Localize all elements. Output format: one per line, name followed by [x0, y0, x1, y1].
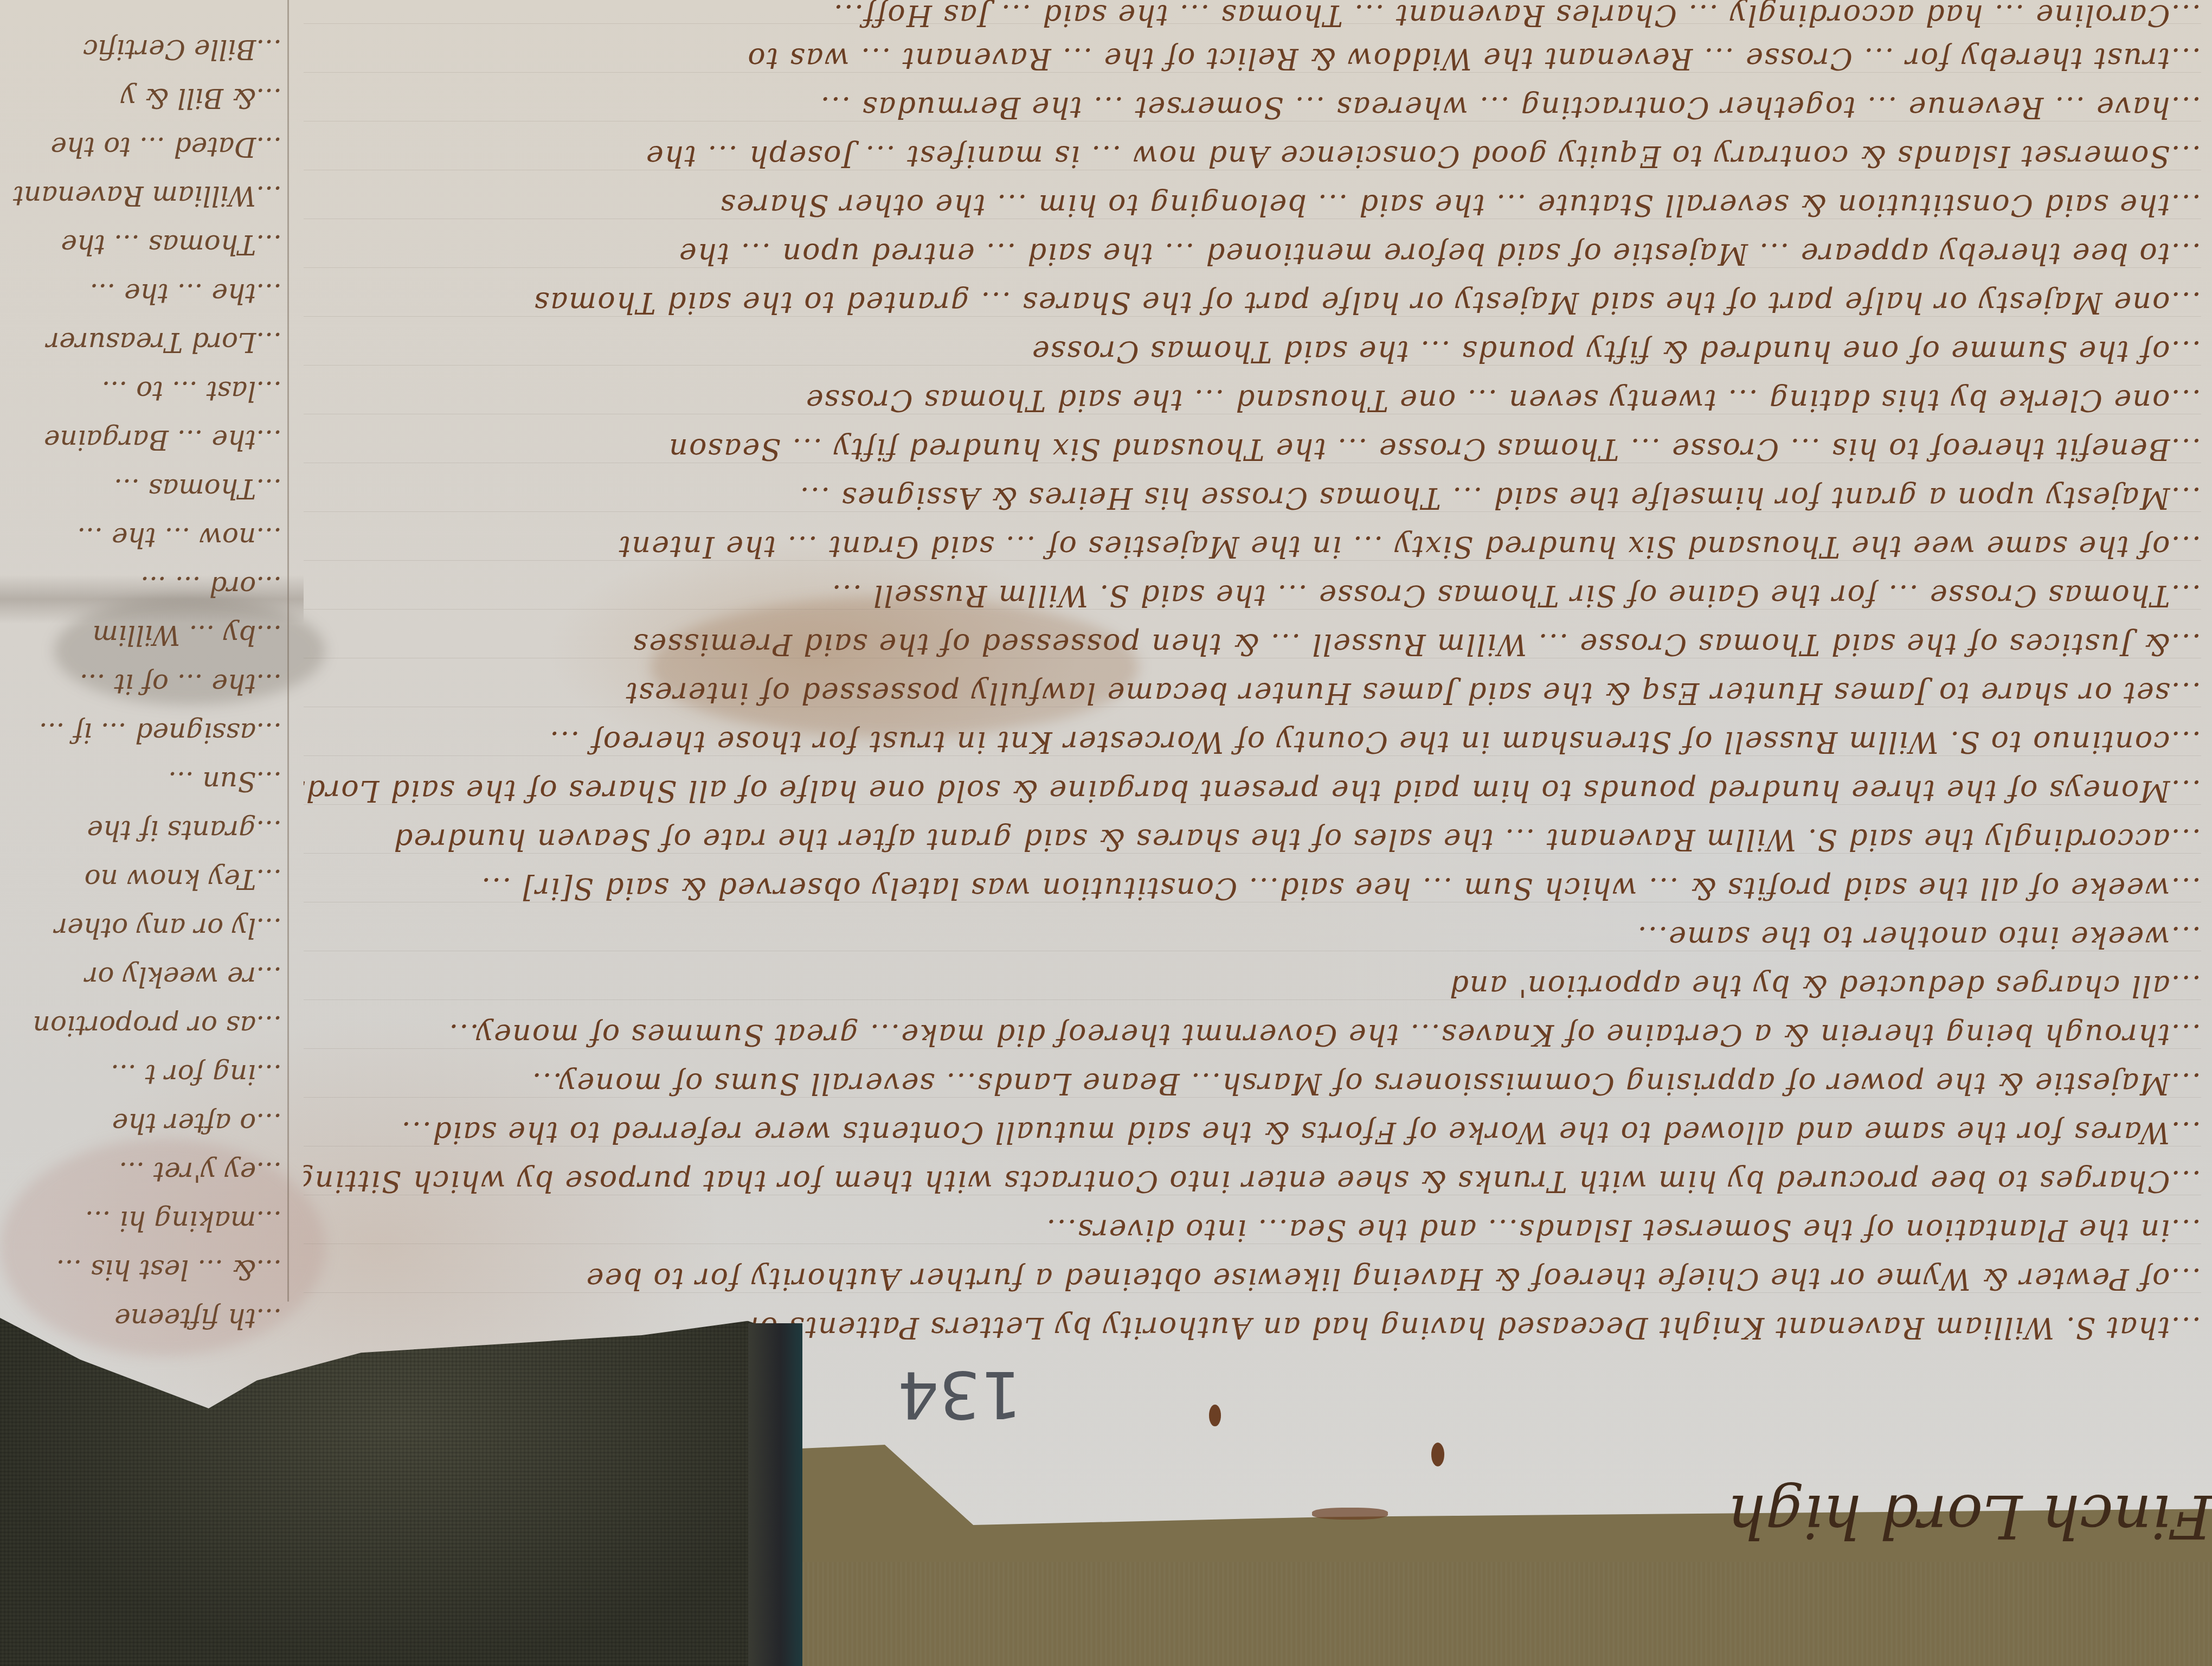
text-line: ...through being therein & a Certaine of…: [304, 999, 2201, 1052]
margin-line: ...the ... the ...: [5, 257, 282, 309]
text-line: ...of Pewter & Wyme or the Chiefe thereo…: [304, 1244, 2201, 1296]
margin-line: ...th fifteene: [5, 1282, 282, 1334]
left-margin-text: ...th fifteene ...& ... lest his ... ...…: [0, 0, 287, 1356]
margin-line: ...assigned ... if ...: [5, 696, 282, 748]
main-handwritten-text: ...that S. William Ravenant Knight Decea…: [304, 0, 2201, 1518]
text-line: ...Thomas Crosse ... for the Gaine of Si…: [304, 560, 2201, 613]
margin-line: ...Bille Certific: [5, 13, 282, 65]
text-line: ...Wares for the same and allowed to the…: [304, 1097, 2201, 1150]
margin-line: ...Lord Treasurer: [5, 306, 282, 358]
margin-line: ...ey y'ret ...: [5, 1136, 282, 1188]
text-line: ...one Clerke by this dating ... twenty …: [304, 365, 2201, 418]
text-line: ...the said Constitution & severall Stat…: [304, 170, 2201, 222]
margin-line: ...ord ... ...: [5, 550, 282, 602]
fabric-backing: [802, 1562, 2212, 1666]
text-line: ...weeke of all the said profits & ... w…: [304, 853, 2201, 906]
text-line: ...Benefit thereof to his ... Crosse ...…: [304, 414, 2201, 466]
margin-line: ...ly or any other: [5, 892, 282, 944]
text-line: ...in the Plantation of the Somerset Isl…: [304, 1195, 2201, 1247]
margin-line: ...by ... Willim: [5, 599, 282, 651]
text-line: ...accordingly the said S. Willm Ravenan…: [304, 804, 2201, 857]
text-line: ...Somerset Islands & contrary to Equity…: [304, 121, 2201, 174]
text-line: ...that S. William Ravenant Knight Decea…: [304, 1292, 2201, 1345]
text-line: ...Charges to bee procured by him with T…: [304, 1146, 2201, 1199]
text-line: ...Majestie & the power of apprising Com…: [304, 1048, 2201, 1101]
text-line: ...& Justices of the said Thomas Crosse …: [304, 609, 2201, 662]
fold-line-vertical: [287, 0, 289, 1302]
margin-line: ...& Bill & y: [5, 62, 282, 114]
text-line: ...continuo to S. Willm Russell of Stren…: [304, 707, 2201, 759]
margin-line: ...making hi ...: [5, 1184, 282, 1236]
margin-line: ...the ... Bargaine: [5, 403, 282, 456]
text-line: ...of the same wee the Thousand Six hund…: [304, 511, 2201, 564]
text-line: ...Majesty upon a grant for himselfe the…: [304, 463, 2201, 515]
margin-line: ...the ... of it ...: [5, 648, 282, 700]
margin-line: ...grants if the: [5, 794, 282, 846]
text-line: ...all charges deducted & by the apporti…: [304, 951, 2201, 1003]
signature-finch-lord-high: Finch Lord high: [1654, 1464, 2212, 1551]
ink-blot: [1312, 1508, 1388, 1520]
margin-line: ...Tey know no: [5, 843, 282, 895]
text-line: ...have ... Revenue ... together Contrac…: [304, 72, 2201, 125]
text-line: ...weeke into another to the same...: [304, 902, 2201, 954]
text-line: ...Moneys of the three hundred pounds to…: [304, 755, 2201, 808]
margin-line: ...o after the: [5, 1087, 282, 1139]
pencil-folio-number: 134: [867, 1356, 1052, 1432]
margin-line: ...as or proportion: [5, 989, 282, 1041]
margin-line: ...William Ravenant: [5, 159, 282, 212]
margin-line: ...Thomas ...: [5, 452, 282, 504]
margin-line: ...& ... lest his ...: [5, 1233, 282, 1285]
margin-line: ...ing for t ...: [5, 1038, 282, 1090]
text-line: ...of the Summe of one hundred & fifty p…: [304, 316, 2201, 369]
text-line: ...set or share to James Hunter Esq & th…: [304, 658, 2201, 710]
margin-line: ...re weekly or: [5, 940, 282, 992]
margin-line: ...last ... to ...: [5, 355, 282, 407]
ink-blot: [1431, 1443, 1444, 1466]
manuscript-photo: ...th fifteene ...& ... lest his ... ...…: [0, 0, 2212, 1666]
margin-line: ...Sun ...: [5, 745, 282, 797]
ink-blot: [1209, 1405, 1221, 1426]
text-line: ...to bee thereby appeare ... Majestie o…: [304, 219, 2201, 271]
cushion-seam: [748, 1323, 802, 1666]
text-line: ...one Majesty or halfe part of the said…: [304, 267, 2201, 320]
margin-line: ...now ... the ...: [5, 501, 282, 553]
margin-line: ...Dated ... to the: [5, 111, 282, 163]
margin-line: ...Thomas ... the: [5, 208, 282, 260]
text-line: ...Caroline ... had accordingly ... Char…: [304, 0, 2201, 33]
